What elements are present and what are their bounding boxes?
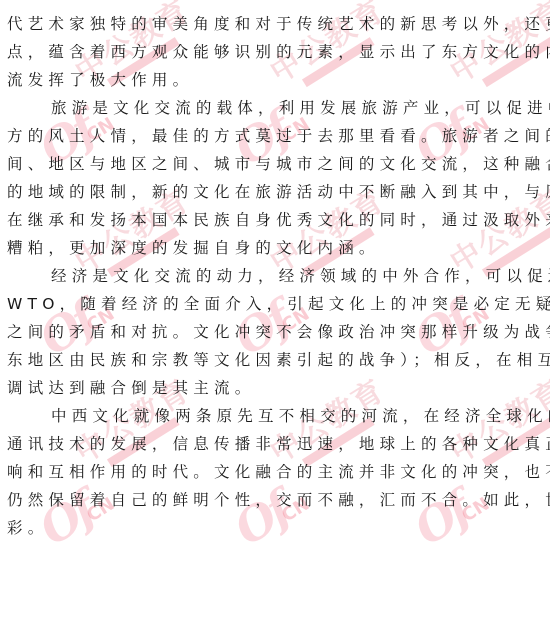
paragraph: 经济是文化交流的动力，经济领域的中外合作，可以促进中西方文化交流。中国加入WTO…	[7, 262, 547, 402]
paragraph: 旅游是文化交流的载体，利用发展旅游产业，可以促进中西方文化交流。要了解一个地方的…	[7, 94, 547, 262]
paragraph: 代艺术家独特的审美角度和对于传统艺术的新思考以外，还更多地融入了西方艺术的一些特…	[7, 10, 547, 94]
document-body: 代艺术家独特的审美角度和对于传统艺术的新思考以外，还更多地融入了西方艺术的一些特…	[7, 10, 547, 542]
text-line: 经济是文化交流的动力，经济领域的中外合作，可以促进中西方文化交流。中国加入	[7, 262, 547, 290]
text-line: 之间的矛盾和对抗。文化冲突不会像政治冲突那样升级为战争（当然也不排除像科索沃和中	[7, 318, 547, 346]
text-line: 流发挥了极大作用。	[7, 66, 547, 94]
document-page: OfCN中公教育OfCN中公教育OfCN中公教育OfCN中公教育OfCN中公教育…	[0, 0, 550, 642]
text-line: 点，蕴含着西方观众能够识别的元素，显示出了东方文化的内容和内涵，对中西方文化的交	[7, 38, 547, 66]
text-line: 彩。	[7, 514, 547, 542]
text-line: WTO，随着经济的全面介入，引起文化上的冲突是必定无疑的。文化冲突是不同性质的文…	[7, 290, 547, 318]
text-line: 东地区由民族和宗教等文化因素引起的战争）；相反，在相互的交流中，通过彼此的了解和	[7, 346, 547, 374]
text-line: 方的风土人情，最佳的方式莫过于去那里看看。旅游者之间的自发融合促进了国家与国家之	[7, 122, 547, 150]
text-line: 调试达到融合倒是其主流。	[7, 374, 547, 402]
text-line: 代艺术家独特的审美角度和对于传统艺术的新思考以外，还更多地融入了西方艺术的一些特	[7, 10, 547, 38]
text-line: 在继承和发扬本国本民族自身优秀文化的同时，通过汲取外来文化的养分，取其精华、去其	[7, 206, 547, 234]
text-line: 间、地区与地区之间、城市与城市之间的文化交流，这种融合将使本地区文化摆脱相对封闭	[7, 150, 547, 178]
text-line: 中西文化就像两条原先互不相交的河流，在经济全球化的今天融合在了一起。随着先进	[7, 402, 547, 430]
paragraph: 中西文化就像两条原先互不相交的河流，在经济全球化的今天融合在了一起。随着先进通讯…	[7, 402, 547, 542]
text-line: 的地域的限制，新的文化在旅游活动中不断融入到其中，与原有的已经固化的区域文化碰撞…	[7, 178, 547, 206]
text-line: 通讯技术的发展，信息传播非常迅速，地球上的各种文化真正进入了一个相互联系、相互影	[7, 430, 547, 458]
text-line: 仍然保留着自己的鲜明个性，交而不融，汇而不合。如此，世界文化大家庭才能愈加丰富多	[7, 486, 547, 514]
text-line: 糟粕，更加深度的发掘自身的文化内涵。	[7, 234, 547, 262]
text-line: 响和互相作用的时代。文化融合的主流并非文化的冲突，也不是文化的消亡，而是在交流中	[7, 458, 547, 486]
text-line: 旅游是文化交流的载体，利用发展旅游产业，可以促进中西方文化交流。要了解一个地	[7, 94, 547, 122]
